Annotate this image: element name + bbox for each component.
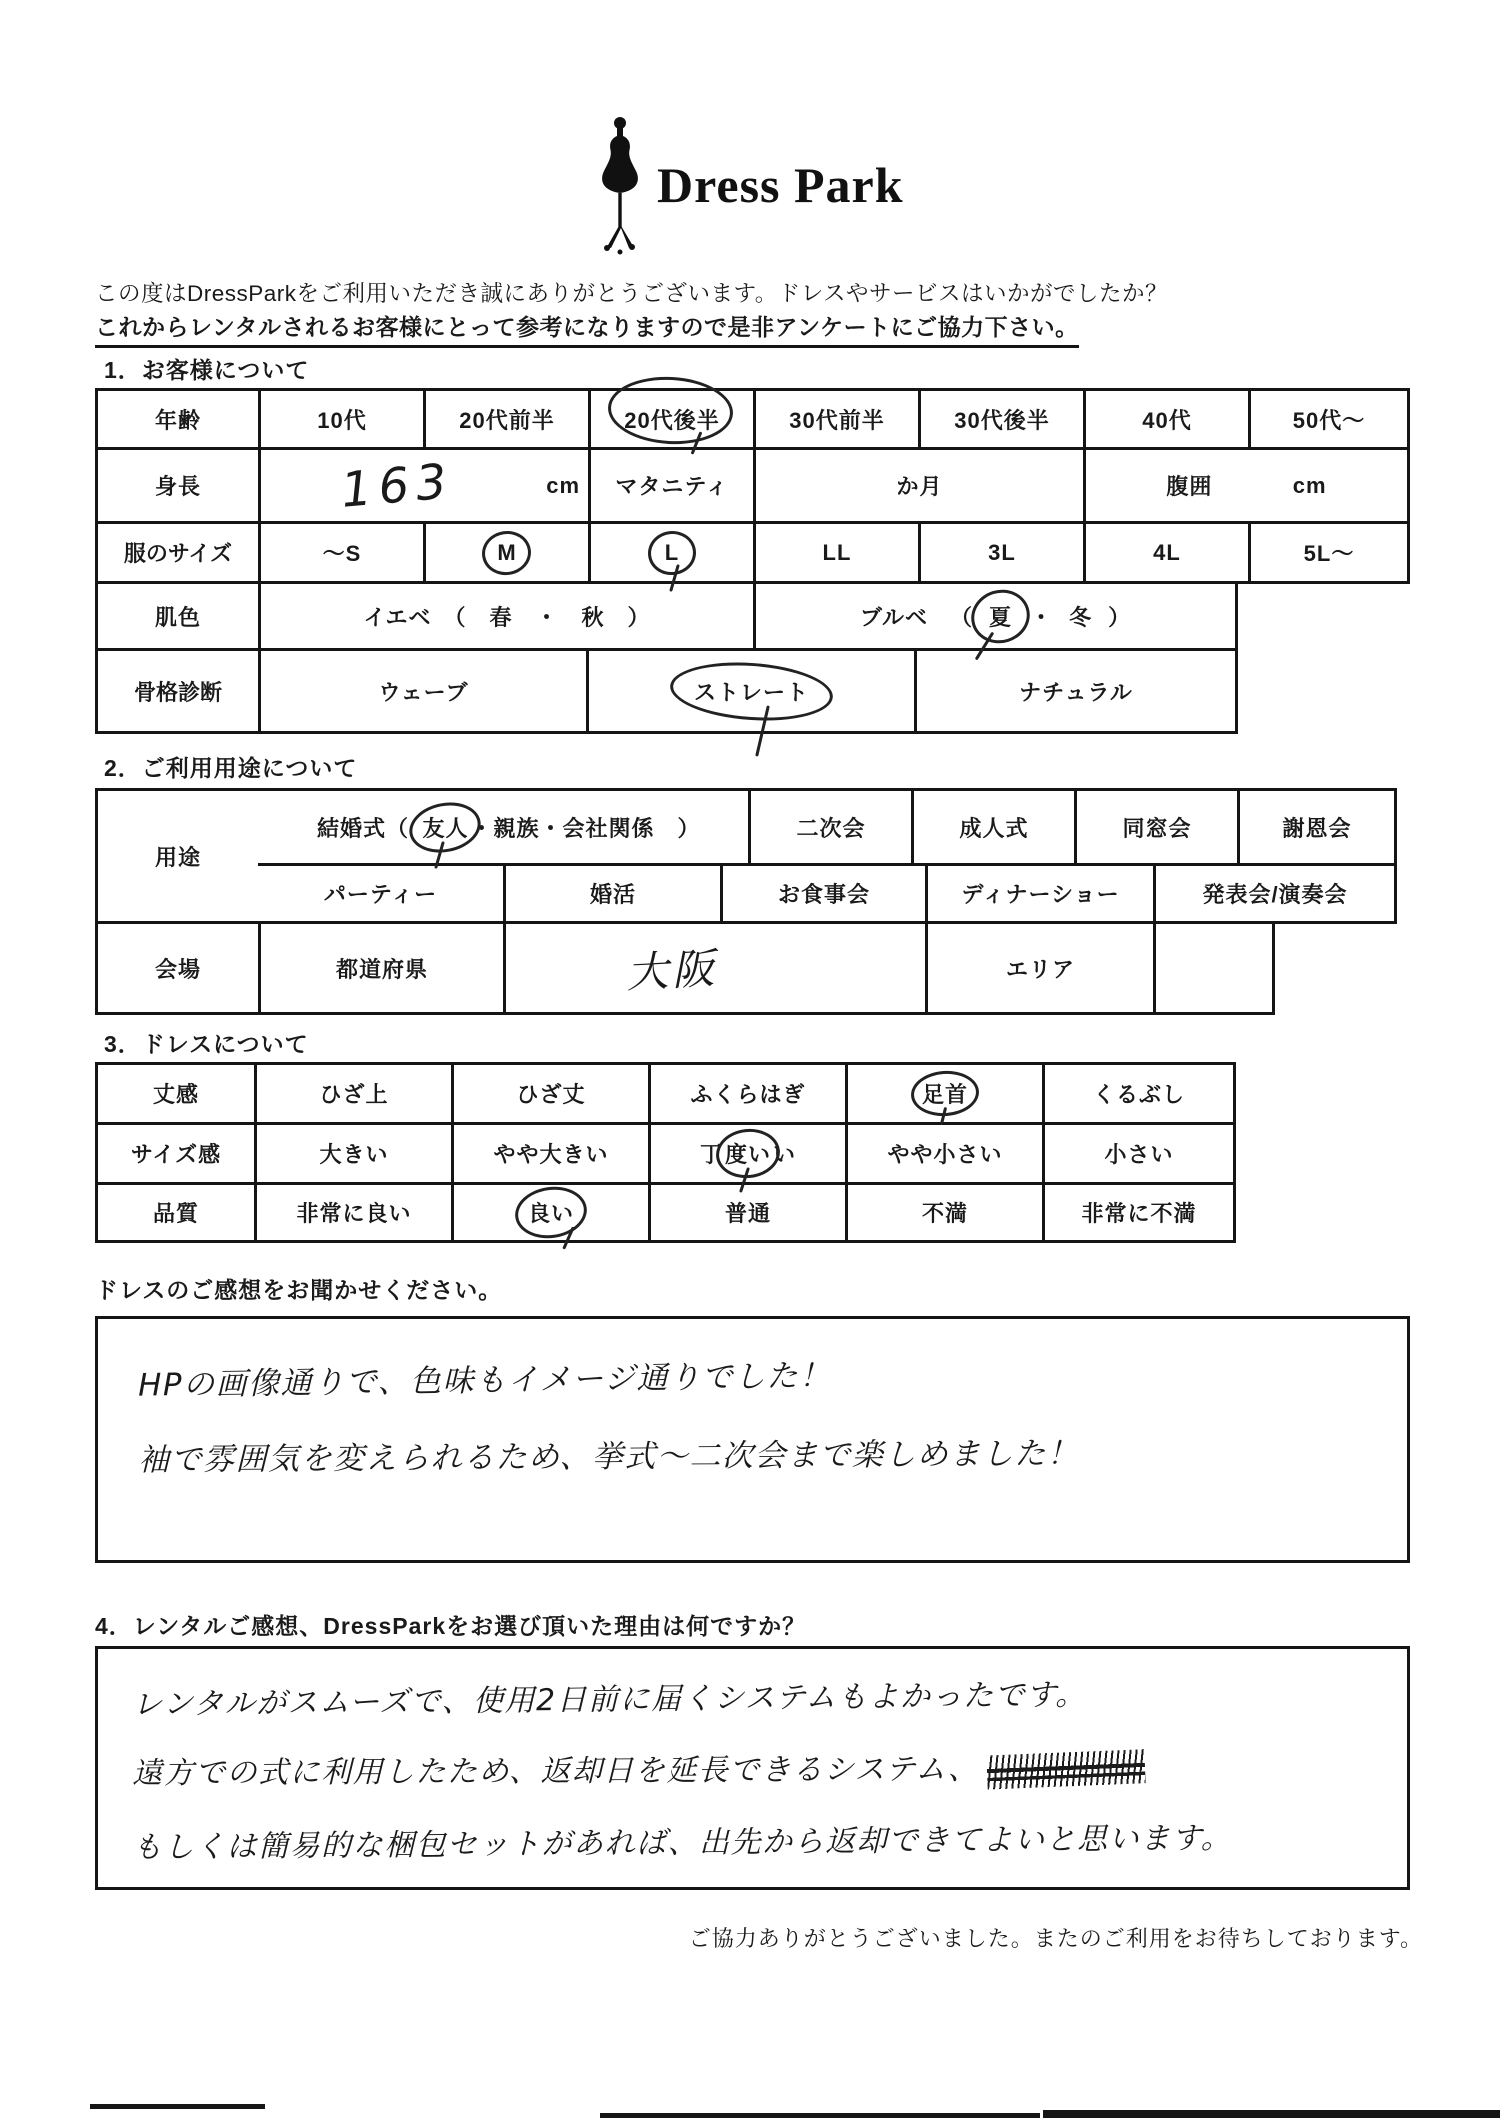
scan-artifact-line-left (90, 2104, 265, 2109)
usage-label: 用途 (98, 791, 258, 921)
usage-opt-party: パーティー (258, 866, 503, 921)
prefecture-value-cell: 大阪 (503, 924, 925, 1012)
frame-opt-natural: ナチュラル (914, 651, 1235, 731)
fit-opt-slightly-small: やや小さい (845, 1125, 1042, 1182)
rental-comment-line2-text: 遠方での式に利用したため、返却日を延長できるシステム、 (132, 1752, 979, 1791)
size-opt-4l: 4L (1083, 524, 1248, 581)
rental-comment-line1: レンタルがスムーズで、使用2日前に届くシステムもよかったです。 (132, 1667, 1373, 1724)
dress-comment-content: HPの画像通りで、色味もイメージ通りでした！ 袖で雰囲気を変えられるため、挙式～… (98, 1319, 1407, 1501)
skin-label: 肌色 (98, 584, 258, 648)
size-opt-s: ～S (258, 524, 423, 581)
rental-comment-line3: もしくは簡易的な梱包セットがあれば、出先から返却できてよいと思います。 (132, 1812, 1373, 1867)
quality-opt-poor: 不満 (845, 1185, 1042, 1240)
length-opt-calf: ふくらはぎ (648, 1065, 845, 1122)
age-label: 年齢 (98, 391, 258, 447)
area-label: エリア (925, 924, 1153, 1012)
quality-row: 品質 非常に良い 良い 普通 不満 非常に不満 (98, 1182, 1233, 1240)
age-opt-early20s: 20代前半 (423, 391, 588, 447)
section3-title: 3．ドレスについて (104, 1026, 309, 1059)
usage-row1: 結婚式（ 友人 ・親族・会社関係 ） 二次会 成人式 同窓会 謝恩会 (258, 791, 1394, 863)
height-label: 身長 (98, 450, 258, 521)
age-opt-10s: 10代 (258, 391, 423, 447)
section2-title: 2．ご利用用途について (104, 750, 357, 783)
height-unit: cm (546, 473, 580, 499)
length-opt-knee: ひざ丈 (451, 1065, 648, 1122)
handwritten-circle-good: 良い (526, 1197, 576, 1228)
quality-opt-average: 普通 (648, 1185, 845, 1240)
usage-options-stack: 結婚式（ 友人 ・親族・会社関係 ） 二次会 成人式 同窓会 謝恩会 パーティー… (258, 791, 1394, 921)
brand-logo: Dress Park (593, 116, 904, 256)
handwritten-circle-ankle: 足首 (920, 1078, 970, 1109)
handwritten-circle-straight: ストレート (692, 676, 811, 707)
size-opt-ll: LL (753, 524, 918, 581)
usage-row2: パーティー 婚活 お食事会 ディナーショー 発表会/演奏会 (258, 863, 1394, 921)
waist-cell: 腹囲 cm (1083, 450, 1407, 521)
wedding-suffix: ・親族・会社関係 ） (471, 812, 701, 843)
waist-unit: cm (1293, 473, 1327, 499)
length-opt-above-knee: ひざ上 (254, 1065, 451, 1122)
handwritten-circle-friend: 友人 (420, 812, 470, 843)
usage-rows: 用途 結婚式（ 友人 ・親族・会社関係 ） 二次会 成人式 同窓会 謝恩会 パー… (98, 791, 1394, 921)
fit-opt-slightly-large: やや大きい (451, 1125, 648, 1182)
cool-name: ブルベ (860, 601, 928, 632)
fit-opt-just-right: 丁 度い い (648, 1125, 845, 1182)
intro-line1: この度はDressParkをご利用いただき誠にありがとうございます。ドレスやサー… (95, 276, 1168, 308)
age-opt-40s: 40代 (1083, 391, 1248, 447)
cool-dot: ・ (1030, 601, 1053, 632)
maternity-label: マタニティ (588, 450, 753, 521)
maternity-months-cell: か月 (753, 450, 1083, 521)
dress-table: 丈感 ひざ上 ひざ丈 ふくらはぎ 足首 くるぶし サイズ感 大きい やや大きい … (95, 1062, 1236, 1243)
usage-opt-afterparty: 二次会 (748, 791, 911, 863)
height-value-handwritten: 163 (339, 453, 456, 519)
fit-label: サイズ感 (98, 1125, 254, 1182)
area-value-cell (1153, 924, 1272, 1012)
length-opt-anklebone: くるぶし (1042, 1065, 1233, 1122)
skin-tone-row: 肌色 イエベ （ 春 ・ 秋 ） ブルベ （ 夏 ・ 冬 ） (98, 584, 1235, 648)
length-opt-ankle: 足首 (845, 1065, 1042, 1122)
venue-label: 会場 (98, 924, 258, 1012)
customer-table-main: 年齢 10代 20代前半 20代後半 30代前半 30代後半 40代 50代～ … (95, 388, 1410, 584)
age-opt-late20s: 20代後半 (588, 391, 753, 447)
height-row: 身長 163 cm マタニティ か月 腹囲 cm (98, 447, 1407, 521)
rental-comment-line2: 遠方での式に利用したため、返却日を延長できるシステム、 (132, 1742, 1373, 1792)
handwritten-circle-age: 20代後半 (622, 404, 721, 435)
dress-comment-box: HPの画像通りで、色味もイメージ通りでした！ 袖で雰囲気を変えられるため、挙式～… (95, 1316, 1410, 1563)
usage-opt-reunion: 同窓会 (1074, 791, 1237, 863)
quality-opt-very-poor: 非常に不満 (1042, 1185, 1233, 1240)
intro-line2: これからレンタルされるお客様にとって参考になりますので是非アンケートにご協力下さ… (95, 309, 1079, 348)
handwritten-circle-size-l: L (663, 540, 681, 566)
skin-tone-table: 肌色 イエベ （ 春 ・ 秋 ） ブルベ （ 夏 ・ 冬 ） (95, 581, 1238, 651)
fit-row: サイズ感 大きい やや大きい 丁 度い い やや小さい 小さい (98, 1122, 1233, 1182)
usage-opt-thanks-party: 謝恩会 (1237, 791, 1394, 863)
section1-title: 1．お客様について (104, 352, 309, 385)
size-opt-3l: 3L (918, 524, 1083, 581)
frame-opt-straight: ストレート (586, 651, 914, 731)
length-label: 丈感 (98, 1065, 254, 1122)
customer-table: 年齢 10代 20代前半 20代後半 30代前半 30代後半 40代 50代～ … (95, 388, 1410, 734)
brand-name: Dress Park (657, 156, 904, 214)
handwritten-circle-summer: 夏 (987, 601, 1014, 632)
fit-just-suffix: い (773, 1138, 796, 1169)
usage-opt-wedding: 結婚式（ 友人 ・親族・会社関係 ） (258, 791, 748, 863)
rental-comment-box: レンタルがスムーズで、使用2日前に届くシステムもよかったです。 遠方での式に利用… (95, 1646, 1410, 1890)
prefecture-value-handwritten: 大阪 (624, 936, 719, 1001)
dress-comment-line2: 袖で雰囲気を変えられるため、挙式～二次会まで楽しめました！ (138, 1426, 1367, 1480)
height-value-cell: 163 cm (258, 450, 588, 521)
age-row: 年齢 10代 20代前半 20代後半 30代前半 30代後半 40代 50代～ (98, 391, 1407, 447)
skin-opt-cool: ブルベ （ 夏 ・ 冬 ） (753, 584, 1235, 648)
fit-opt-small: 小さい (1042, 1125, 1233, 1182)
prefecture-label: 都道府県 (258, 924, 503, 1012)
wedding-prefix: 結婚式（ (305, 812, 420, 843)
fit-just-prefix: 丁 (700, 1138, 723, 1169)
frame-label: 骨格診断 (98, 651, 258, 731)
dress-comment-line1: HPの画像通りで、色味もイメージ通りでした！ (138, 1342, 1368, 1404)
dress-comment-prompt: ドレスのご感想をお聞かせください。 (95, 1272, 502, 1305)
scan-artifact-line-right (1043, 2110, 1500, 2118)
usage-table-main: 用途 結婚式（ 友人 ・親族・会社関係 ） 二次会 成人式 同窓会 謝恩会 パー… (95, 788, 1397, 924)
usage-opt-coming-of-age: 成人式 (911, 791, 1074, 863)
handwritten-circle-size-m: M (495, 540, 518, 566)
age-opt-50s: 50代～ (1248, 391, 1407, 447)
cool-paren-open: （ (950, 601, 973, 632)
age-opt-late30s: 30代後半 (918, 391, 1083, 447)
age-opt-early30s: 30代前半 (753, 391, 918, 447)
quality-opt-good: 良い (451, 1185, 648, 1240)
dress-mannequin-icon (593, 116, 647, 256)
scan-artifact-line-middle (600, 2113, 1040, 2118)
usage-table: 用途 結婚式（ 友人 ・親族・会社関係 ） 二次会 成人式 同窓会 謝恩会 パー… (95, 788, 1397, 1015)
usage-opt-dinner: お食事会 (720, 866, 925, 921)
size-opt-5l: 5L～ (1248, 524, 1407, 581)
size-opt-m: M (423, 524, 588, 581)
skin-opt-warm: イエベ （ 春 ・ 秋 ） (258, 584, 753, 648)
scribbled-out-text (987, 1749, 1146, 1789)
usage-opt-dinner-show: ディナーショー (925, 866, 1153, 921)
section4-title: 4．レンタルご感想、DressParkをお選び頂いた理由は何ですか？ (95, 1608, 806, 1641)
cool-paren-close: ） (1108, 601, 1131, 632)
footer-thanks: ご協力ありがとうございました。またのご利用をお待ちしております。 (689, 1922, 1423, 1953)
venue-table: 会場 都道府県 大阪 エリア (95, 921, 1275, 1015)
size-label: 服のサイズ (98, 524, 258, 581)
usage-opt-recital: 発表会/演奏会 (1153, 866, 1394, 921)
rental-comment-content: レンタルがスムーズで、使用2日前に届くシステムもよかったです。 遠方での式に利用… (98, 1649, 1407, 1885)
fit-opt-large: 大きい (254, 1125, 451, 1182)
size-opt-l: L (588, 524, 753, 581)
frame-row: 骨格診断 ウェーブ ストレート ナチュラル (98, 651, 1235, 731)
quality-label: 品質 (98, 1185, 254, 1240)
quality-opt-very-good: 非常に良い (254, 1185, 451, 1240)
usage-opt-konkatsu: 婚活 (503, 866, 720, 921)
frame-opt-wave: ウェーブ (258, 651, 586, 731)
size-row: 服のサイズ ～S M L LL 3L 4L 5L～ (98, 521, 1407, 581)
handwritten-circle-just-right: 度い (723, 1138, 773, 1169)
venue-row: 会場 都道府県 大阪 エリア (98, 924, 1272, 1012)
cool-winter: 冬 (1069, 601, 1092, 632)
length-row: 丈感 ひざ上 ひざ丈 ふくらはぎ 足首 くるぶし (98, 1065, 1233, 1122)
waist-label: 腹囲 (1166, 470, 1212, 501)
frame-table: 骨格診断 ウェーブ ストレート ナチュラル (95, 648, 1238, 734)
